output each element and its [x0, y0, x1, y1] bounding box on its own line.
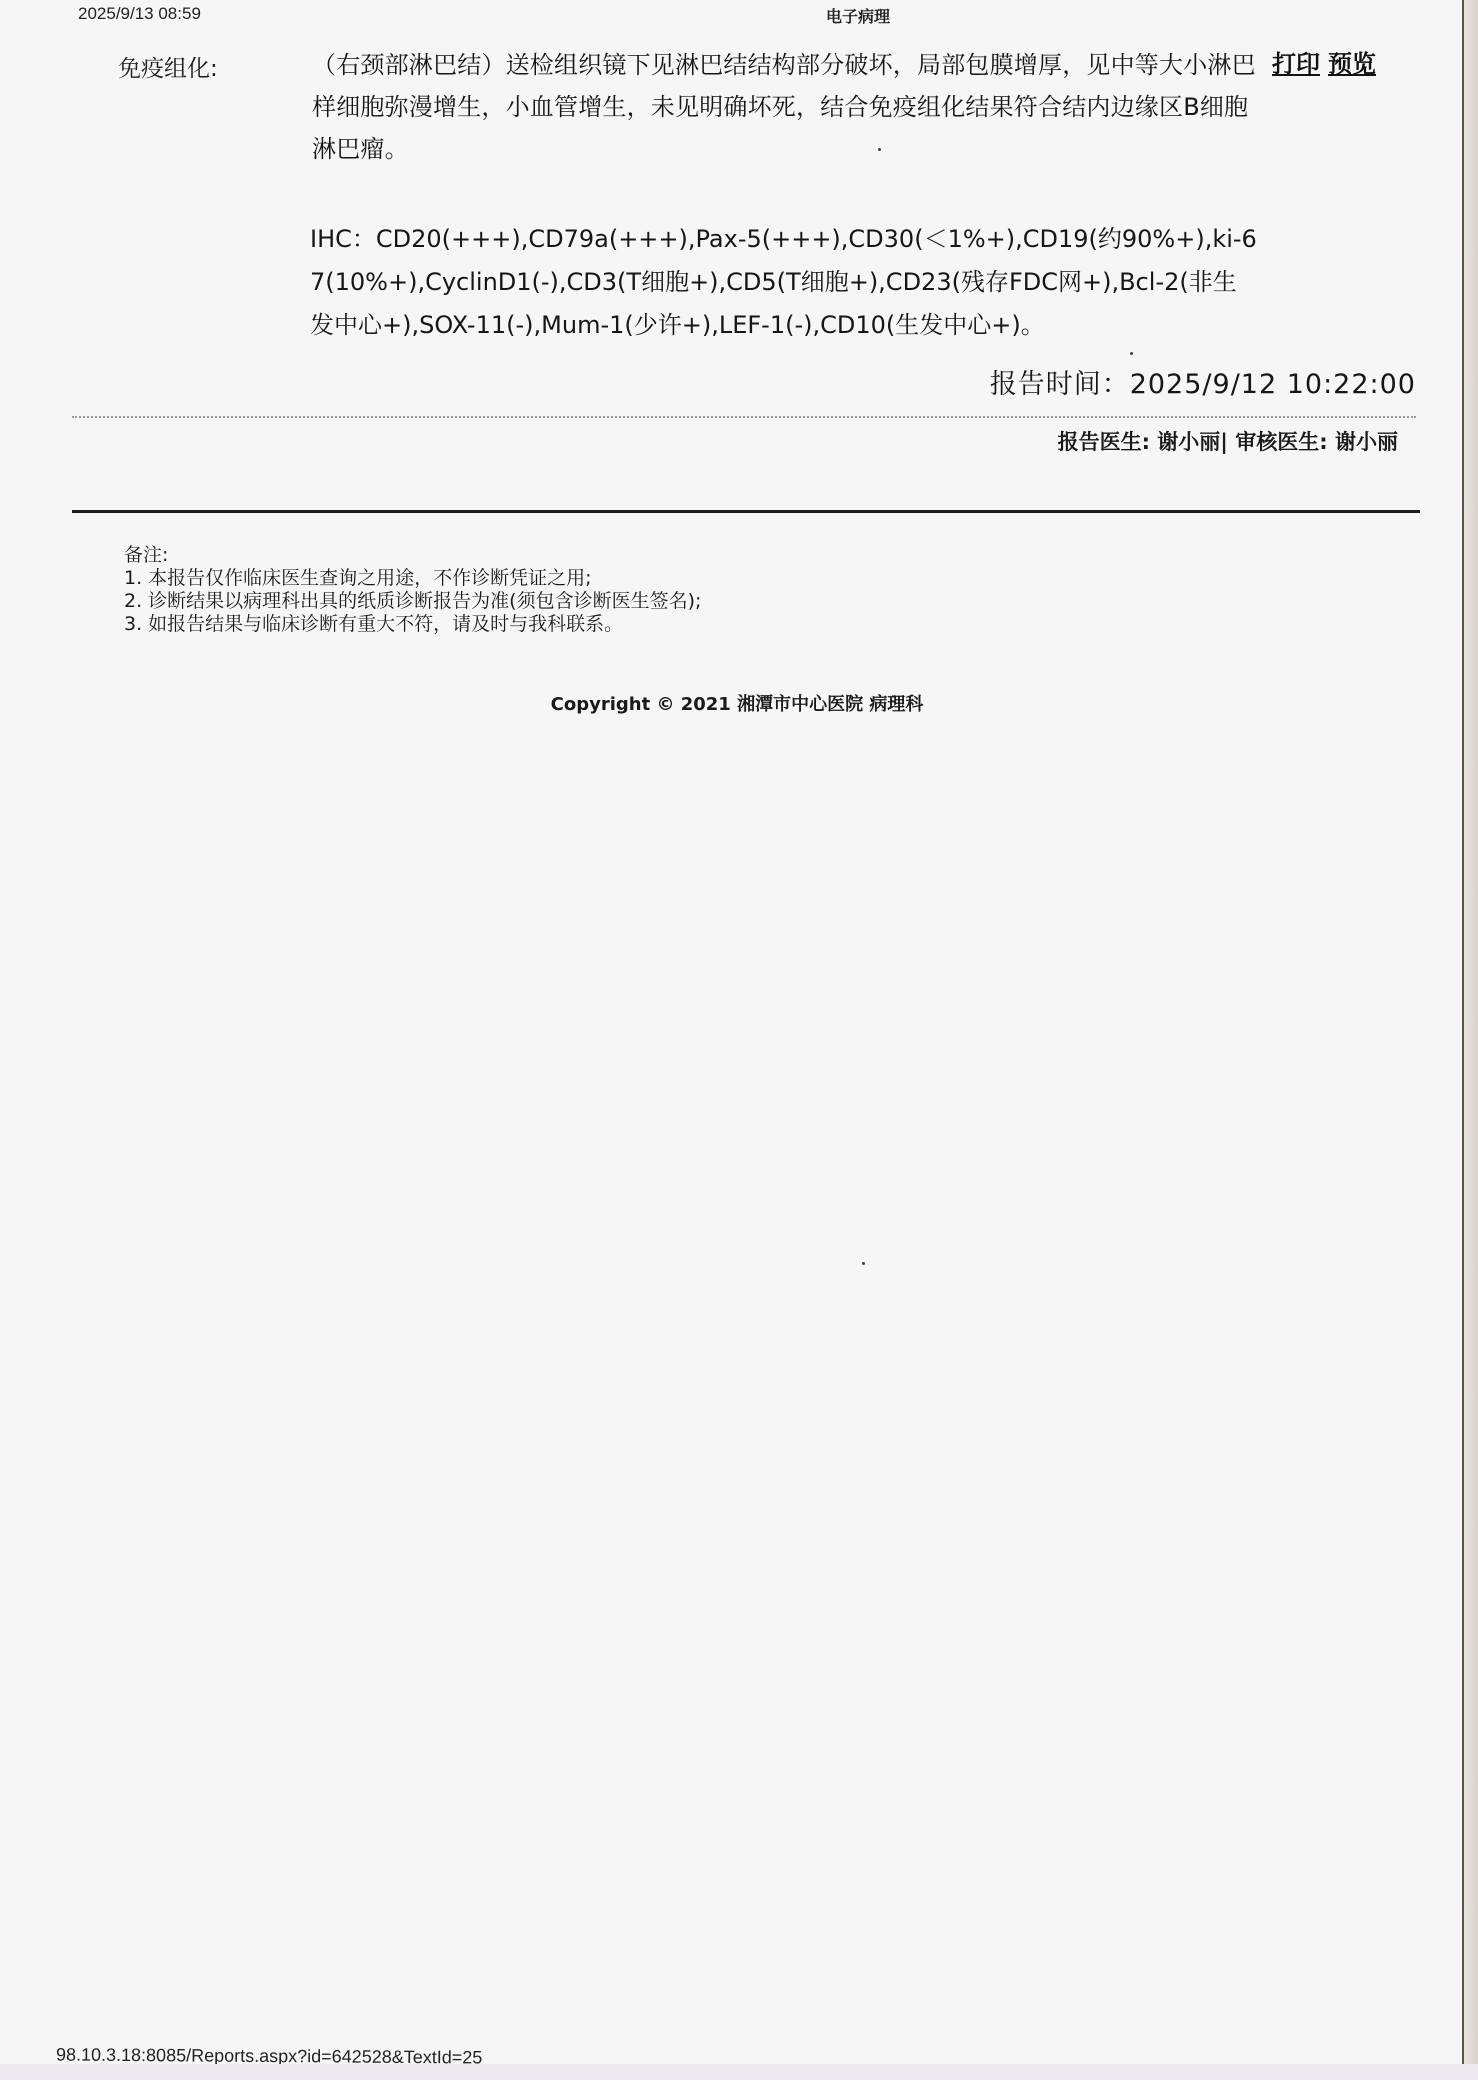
paper-bottom-edge: [0, 2064, 1478, 2080]
copyright: Copyright © 2021 湘潭市中心医院 病理科: [0, 690, 1478, 716]
scan-speck: [878, 148, 881, 151]
print-datetime: 2025/9/13 08:59: [78, 4, 201, 24]
note-item: 3. 如报告结果与临床诊断有重大不符，请及时与我科联系。: [124, 613, 701, 636]
section-divider: [72, 510, 1420, 513]
diagnosis-text: （右颈部淋巴结）送检组织镜下见淋巴结结构部分破坏，局部包膜增厚，见中等大小淋巴样…: [312, 44, 1260, 170]
doctor-signatures: 报告医生: 谢小丽| 审核医生: 谢小丽: [1058, 426, 1398, 456]
preview-link[interactable]: 预览: [1328, 44, 1376, 79]
section-label: 免疫组化:: [118, 50, 218, 83]
scan-speck: [1130, 352, 1133, 355]
report-time: 报告时间：2025/9/12 10:22:00: [990, 362, 1416, 401]
paper-edge: [1462, 0, 1478, 2080]
dotted-divider: [72, 416, 1416, 418]
note-item: 1. 本报告仅作临床医生查询之用途，不作诊断凭证之用;: [124, 567, 701, 590]
print-page-title: 电子病理: [826, 4, 890, 27]
note-item: 2. 诊断结果以病理科出具的纸质诊断报告为准(须包含诊断医生签名);: [124, 590, 701, 613]
notes: 备注: 1. 本报告仅作临床医生查询之用途，不作诊断凭证之用; 2. 诊断结果以…: [124, 544, 701, 636]
report-actions: 打印 预览: [1272, 44, 1376, 79]
notes-title: 备注:: [124, 544, 701, 567]
print-link[interactable]: 打印: [1272, 44, 1320, 79]
report-time-value: 2025/9/12 10:22:00: [1130, 369, 1416, 400]
ihc-results: IHC：CD20(+++),CD79a(+++),Pax-5(+++),CD30…: [310, 218, 1260, 347]
report-time-label: 报告时间：: [990, 369, 1130, 400]
copyright-text: Copyright © 2021 湘潭市中心医院 病理科: [551, 694, 924, 715]
scan-speck: [862, 1262, 865, 1265]
